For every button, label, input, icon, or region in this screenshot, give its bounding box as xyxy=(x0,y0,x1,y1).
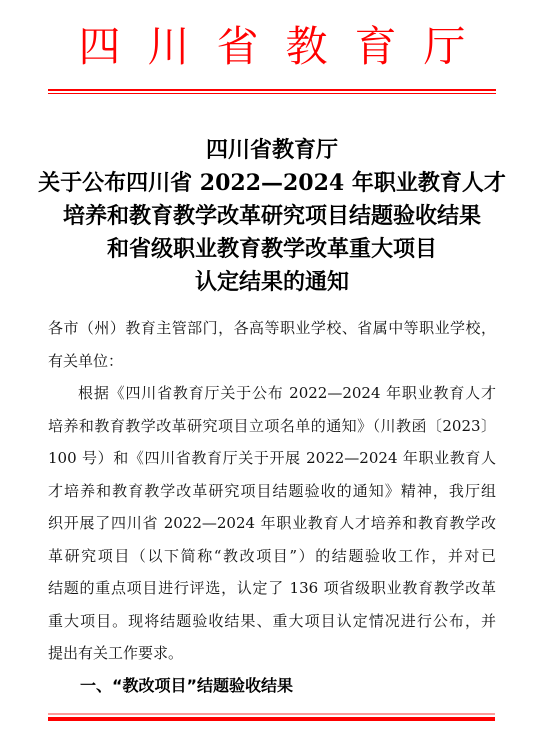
paragraph-line-8: 重大项目。现将结题验收结果、重大项目认定情况进行公布，并 xyxy=(48,605,496,638)
footer-double-rule xyxy=(48,713,495,721)
paragraph-line-5: 织开展了四川省 2022—2024 年职业教育人才培养和教育教学改 xyxy=(48,507,496,540)
paragraph-line-4: 才培养和教育教学改革研究项目结题验收的通知》精神，我厅组 xyxy=(48,475,496,508)
title-line-4: 和省级职业教育教学改革重大项目 xyxy=(0,233,544,266)
title-line-3: 培养和教育教学改革研究项目结题验收结果 xyxy=(0,200,544,233)
document-title: 四川省教育厅 关于公布四川省 2022—2024 年职业教育人才 培养和教育教学… xyxy=(0,134,544,299)
paragraph-line-9: 提出有关工作要求。 xyxy=(48,637,496,670)
paragraph-line-2: 培养和教育教学改革研究项目立项名单的通知》（川教函〔2023〕 xyxy=(48,410,496,443)
title-line-1: 四川省教育厅 xyxy=(0,134,544,167)
letterhead-double-rule xyxy=(48,89,496,94)
paragraph-line-1: 根据《四川省教育厅关于公布 2022—2024 年职业教育人才 xyxy=(48,377,496,410)
title-line-2: 关于公布四川省 2022—2024 年职业教育人才 xyxy=(0,167,544,200)
addressee-line-2: 有关单位： xyxy=(48,345,496,378)
letterhead-agency-name: 四川省教育厅 xyxy=(48,22,496,72)
paragraph-line-6: 革研究项目（以下简称“教改项目”）的结题验收工作，并对已 xyxy=(48,540,496,573)
addressee-line-1: 各市（州）教育主管部门，各高等职业学校、省属中等职业学校， xyxy=(48,312,496,345)
paragraph-line-7: 结题的重点项目进行评选，认定了 136 项省级职业教育教学改革 xyxy=(48,572,496,605)
section-heading: 一、“教改项目”结题验收结果 xyxy=(48,670,496,703)
paragraph-line-3: 100 号）和《四川省教育厅关于开展 2022—2024 年职业教育人 xyxy=(48,442,496,475)
document-body: 各市（州）教育主管部门，各高等职业学校、省属中等职业学校， 有关单位： 根据《四… xyxy=(48,312,496,702)
official-document-page: 四川省教育厅 四川省教育厅 关于公布四川省 2022—2024 年职业教育人才 … xyxy=(0,0,544,751)
title-line-5: 认定结果的通知 xyxy=(0,266,544,299)
